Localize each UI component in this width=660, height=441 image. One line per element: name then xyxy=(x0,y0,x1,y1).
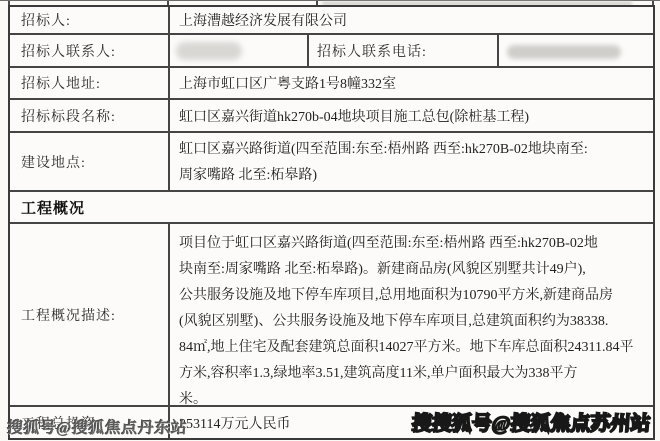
table-row-tenderer: 招标人: 上海漕越经济发展有限公司 xyxy=(10,7,653,35)
redaction-blur xyxy=(507,45,621,59)
table-row-section-name: 招标标段名称: 虹口区嘉兴街道hk270b-04地块项目施工总包(除桩基工程) xyxy=(10,100,653,133)
description-line-2: 块南至:周家嘴路 北至:柘皋路)。新建商品房(风貌区别墅共计49户), xyxy=(179,257,586,283)
description-line-6: 方米,容积率1.3,绿地率3.51,建筑高度11米,单户面积最大为338平方 xyxy=(179,361,577,387)
table-row-overview-header: 工程概况 xyxy=(10,192,653,224)
overview-section-header: 工程概况 xyxy=(10,192,653,222)
section-name-value: 虹口区嘉兴街道hk270b-04地块项目施工总包(除桩基工程) xyxy=(170,100,653,131)
address-label: 招标人地址: xyxy=(10,68,170,98)
description-line-4: (风貌区别墅)、公共服务设施及地下停车库项目,总建筑面积约为38338. xyxy=(179,309,608,335)
section-name-label: 招标标段名称: xyxy=(10,100,170,131)
description-line-5: 84㎡,地上住宅及配套建筑总面积14027平方米。地下车库总面积24311.84… xyxy=(179,335,633,361)
contact-phone-value-redacted xyxy=(499,35,653,66)
location-label: 建设地点: xyxy=(10,133,170,190)
tender-info-table: 招标人: 上海漕越经济发展有限公司 招标人联系人: 招标人联系电话: 招标人地址… xyxy=(8,5,655,440)
address-value: 上海市虹口区广粤支路1号8幢332室 xyxy=(170,68,653,98)
location-value: 虹口区嘉兴路街道(四至范围:东至:梧州路 西至:hk270B-02地块南至: 周… xyxy=(170,133,653,190)
tender-document-page: 招标人: 上海漕越经济发展有限公司 招标人联系人: 招标人联系电话: 招标人地址… xyxy=(0,0,660,441)
tenderer-label: 招标人: xyxy=(10,7,170,33)
table-row-description: 工程概况描述: 项目位于虹口区嘉兴路街道(四至范围:东至:梧州路 西至:hk27… xyxy=(10,224,653,407)
contact-phone-label: 招标人联系电话: xyxy=(309,35,499,66)
description-label: 工程概况描述: xyxy=(10,224,170,405)
watermark-sohu-suzhou: 搜搜狐号@搜狐焦点苏州站 xyxy=(411,407,652,436)
redaction-blur xyxy=(176,42,242,60)
tenderer-value: 上海漕越经济发展有限公司 xyxy=(170,7,653,33)
table-row-address: 招标人地址: 上海市虹口区广粤支路1号8幢332室 xyxy=(10,68,653,100)
contact-name-label: 招标人联系人: xyxy=(10,35,170,66)
table-row-contact: 招标人联系人: 招标人联系电话: xyxy=(10,35,653,68)
description-line-3: 公共服务设施及地下停车库项目,总用地面积为10790平方米,新建商品房 xyxy=(179,283,613,309)
location-line-2: 周家嘴路 北至:柘皋路) xyxy=(179,163,317,189)
contact-name-value-redacted xyxy=(170,35,309,66)
description-value: 项目位于虹口区嘉兴路街道(四至范围:东至:梧州路 西至:hk270B-02地 块… xyxy=(170,224,653,405)
watermark-sohu-dandong: 搜狐号@搜狐焦点丹东站 xyxy=(6,415,188,438)
location-line-1: 虹口区嘉兴路街道(四至范围:东至:梧州路 西至:hk270B-02地块南至: xyxy=(179,137,588,163)
table-row-location: 建设地点: 虹口区嘉兴路街道(四至范围:东至:梧州路 西至:hk270B-02地… xyxy=(10,133,653,192)
description-line-1: 项目位于虹口区嘉兴路街道(四至范围:东至:梧州路 西至:hk270B-02地 xyxy=(179,231,598,257)
